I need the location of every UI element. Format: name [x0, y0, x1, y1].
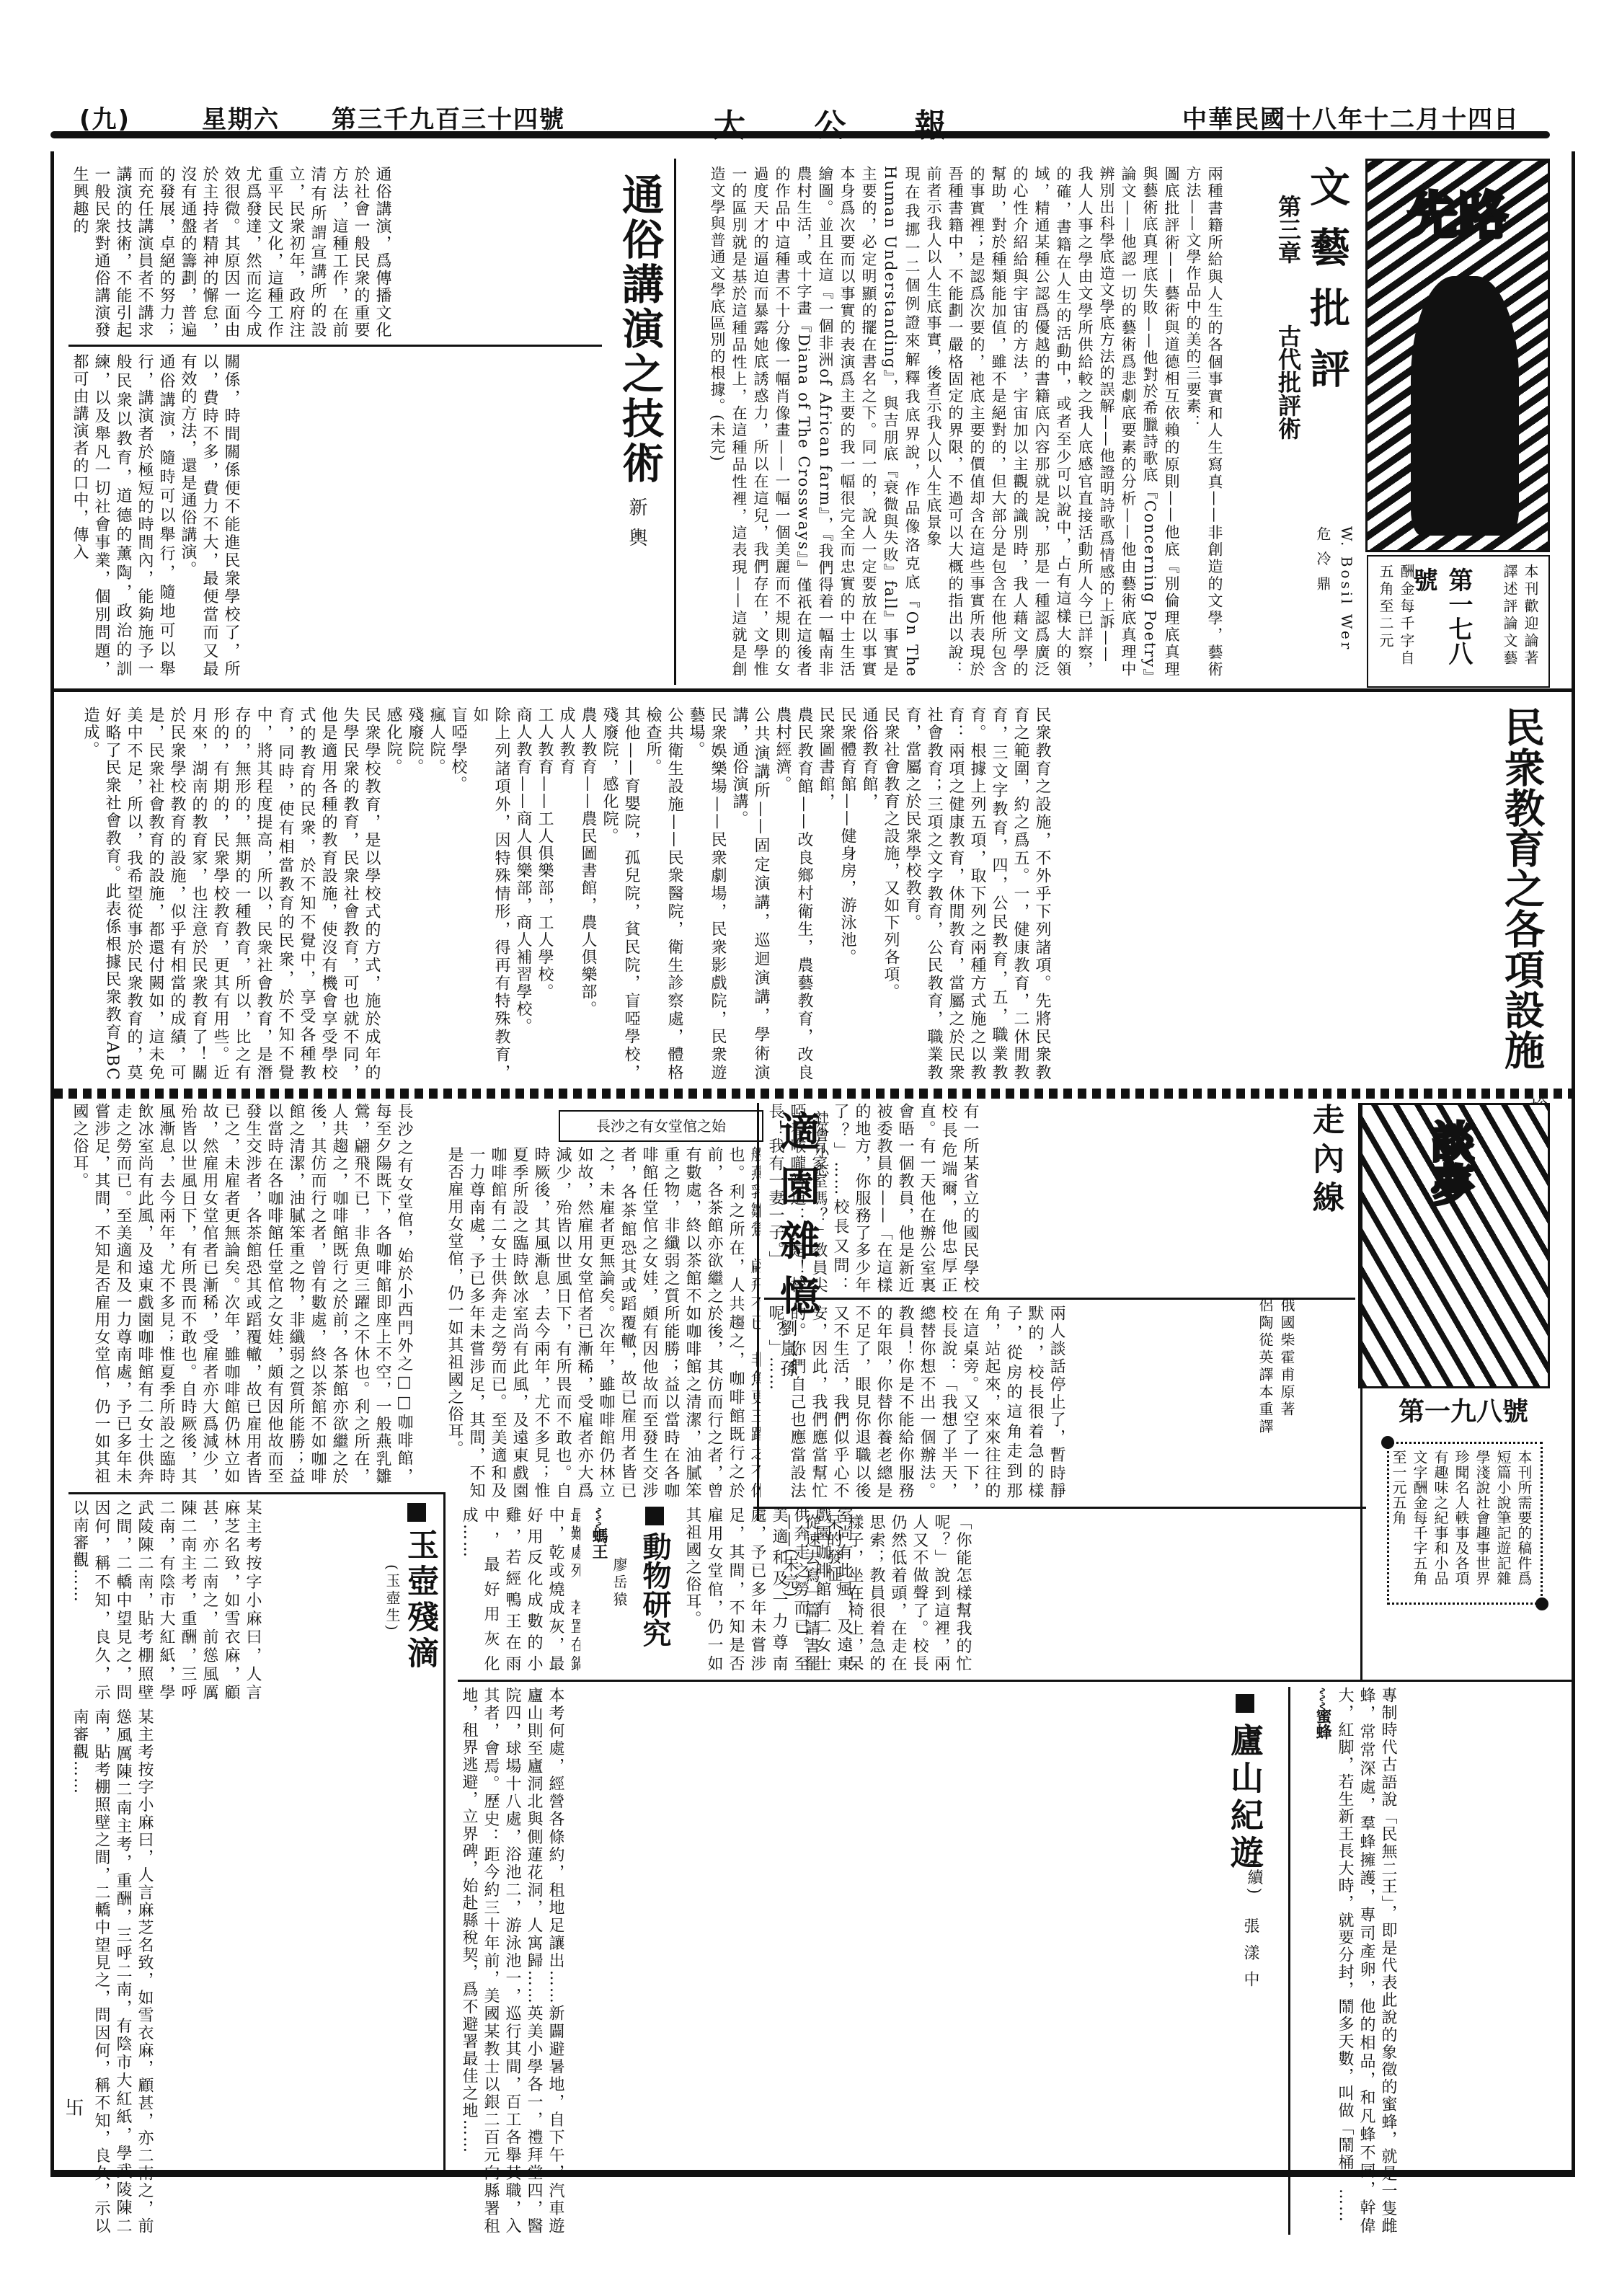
- horse-rider-illustration: [1411, 276, 1519, 536]
- lecture-body-bottom: 關係，時間關係便不能進民衆學校了，所以，費時不多，費力不大，最便當而又最有效的方…: [68, 353, 595, 678]
- original-author: W. Bosil Wer: [1338, 526, 1355, 652]
- translator: 危 冷 鼎: [1313, 526, 1334, 593]
- subhead-bee: ∿∿∿蜜蜂: [1311, 1687, 1334, 1739]
- date-line: 中華民國十八年十二月十四日: [1182, 99, 1520, 135]
- garden-memories-body: 長沙之有女堂倌，始於小西門外之□□咖啡館，每至夕陽既下，各咖啡館即座上不空，一般…: [443, 1146, 761, 1499]
- facility-item: 農民教育館——改良鄉村衛生，農藝教育，改良農村經濟。: [774, 706, 813, 1081]
- masthead: 中華民國十八年十二月十四日 大 公 報 第三千九百三十四號 星期六 (九): [29, 87, 1572, 144]
- school-item: 農人教育——農民圖書館，農人俱樂部。: [579, 706, 597, 1018]
- facility-item: 公共衛生設施——民衆醫院，衛生診察處，體格檢查所。: [644, 706, 683, 1081]
- submission-notice: 本刊所需要的稿件爲短篇小說筆記遊記雜學淺說社會趣事世界珍聞名人軼事及各項有趣味之…: [1387, 1442, 1543, 1605]
- woodcut-title: 談夢: [1418, 1120, 1480, 1206]
- facility-item: 民衆娛樂場——民衆劇場，民衆影戲院，民衆遊藝場。: [687, 706, 727, 1081]
- animal-body-1: 生在水中，着人肉上，專吮血汁，着人最難處死，若置在鍋中，乾或燒成灰，最好用反化成…: [458, 1507, 580, 1672]
- notice-text: 本刊歡迎論著譯述評論文藝: [1499, 564, 1541, 679]
- newspaper-page: 中華民國十八年十二月十四日 大 公 報 第三千九百三十四號 星期六 (九) 先路…: [29, 87, 1572, 2191]
- swastika-ornament-icon: 卐: [60, 2098, 87, 2119]
- paragraph: 長沙之有女堂倌，始於小西門外之□□咖啡館，每至夕陽既下，各咖啡館即座上不空，一般…: [681, 1507, 854, 1672]
- caption-box: 長沙之有女堂倌之始: [559, 1110, 763, 1142]
- facility-item: 公共演講所——固定演講，巡迴演講，學術演講，通俗演講。: [730, 706, 770, 1081]
- page-frame: 先路 本刊歡迎論著譯述評論文藝 第一七八號 酬金每千字自五角至二元 文藝批評 第…: [50, 151, 1575, 2177]
- column-divider: [674, 159, 676, 685]
- column-divider: [443, 1492, 446, 2177]
- inner-line-body-3: 「你能怎樣幫我的忙呢？」說到這裡，兩人又不做聲了。校長仍然低着頭，在走在思索；教…: [779, 1514, 1355, 1672]
- paragraph: 關係，時間關係便不能進民衆學校了，所以，費時不多，費力不大，最便當而又最有效的方…: [179, 353, 240, 678]
- lecture-body-top: 通俗講演，爲傳播文化於社會一般民衆的重要方法，這種工作，在前清有所謂宣講所的設立…: [68, 166, 595, 339]
- chapter-label: 第三章: [1272, 195, 1305, 264]
- paragraph: 某主考按字小麻曰，人言麻芝名致，如雪衣麻，顧甚，亦二南之，前慫風厲陳二南主考，重…: [68, 1708, 155, 2235]
- intro: 民衆教育之設施，不外乎下列諸項。先將民衆教育之範圍，約之爲五。一，健康教育，二休…: [903, 706, 1051, 1081]
- issue-number-badge: 第一九八號: [1399, 1391, 1528, 1428]
- sub-label: 社會小志: [811, 1110, 832, 1179]
- column-divider: [757, 1103, 759, 1521]
- section-title-popular-lecture: 通俗講演之技術: [609, 173, 670, 486]
- coffee-house-body: 長沙之有女堂倌，始於小西門外之□□咖啡館，每至夕陽既下，各咖啡館即座上不空，一般…: [68, 1103, 436, 1485]
- chapter-title: 古代批評術: [1272, 324, 1305, 440]
- school-item: 殘廢院。: [406, 706, 424, 776]
- literary-criticism-body: 兩種書籍所給與人生的各個事實和人生寫真——非創造的文學，藝術方法——文學作品中的…: [706, 166, 1269, 678]
- school-item: 商人教育——商人俱樂部，商人補習學校。: [514, 706, 532, 1035]
- notice-text: 本刊所需要的稿件爲短篇小說筆記遊記雜學淺說社會趣事世界珍聞名人軼事及各項有趣味之…: [1388, 1450, 1535, 1594]
- paragraph: 本考何處，經營各條約，租地足讓出……新闢避暑地，自下午，汽車遊廬山則至廬洞北與側…: [458, 1687, 566, 2235]
- horizontal-rule-top: [54, 688, 1572, 692]
- wave-ornament-icon: ∿∿∿: [593, 1507, 604, 1528]
- paragraph: 某主考按字小麻曰，人言麻芝名致，如雪衣麻，顧甚，亦二南之，前慫風厲陳二南主考，重…: [68, 1499, 263, 1701]
- facilities-heading: 民衆社會教育之設施，又如下列各項。: [882, 706, 900, 1001]
- school-item: 工人教育——工人俱樂部，工人學校。: [536, 706, 554, 1001]
- issue-number: 第三千九百三十四號: [332, 99, 565, 135]
- section-title-literary-criticism: 文藝批評: [1298, 166, 1355, 408]
- section-title-inner-line: 走內線: [1302, 1103, 1348, 1220]
- inner-line-body-1: 有一所某省立的國民學校校長危端爾，他忠厚正直。有一天他在辦公室裏會晤一個教員，他…: [764, 1103, 1247, 1294]
- jade-pot-body: 某主考按字小麻曰，人言麻芝名致，如雪衣麻，顧甚，亦二南之，前慫風厲陳二南主考，重…: [68, 1499, 378, 1701]
- wave-ornament-icon: ∿∿∿: [1316, 1687, 1328, 1708]
- woodcut-pioneer: 先路: [1365, 159, 1550, 552]
- jade-pot-author: (玉壺生): [382, 1564, 403, 1634]
- school-item: 感化院。: [384, 706, 402, 776]
- paragraph: 現在我挪一二個例證來解釋我底界說，作品像洛克底『On The Human Und…: [709, 166, 921, 678]
- paper-name: 大 公 報: [714, 99, 975, 146]
- column-divider: [1360, 1103, 1362, 1680]
- school-item: 除上列諸項外，因特殊情形，得再有特殊教育，如: [471, 706, 510, 1081]
- facility-item: 民衆體育館——健身房，游泳池。: [838, 706, 856, 966]
- section-marker-icon: [645, 1507, 664, 1525]
- school-item: 瘋人院。: [427, 706, 446, 776]
- paragraph: 通俗講演，爲傳播文化於社會一般民衆的重要方法，這種工作，在前清有所謂宣講所的設立…: [68, 166, 393, 339]
- facility-item: 通俗教育館，: [860, 706, 878, 810]
- paragraph: 通俗講演，隨時可以舉行，隨地可以舉行，講演者於極短的時間內，能夠施予一般民衆以教…: [71, 353, 175, 678]
- garden-author: 劉嵐孫: [775, 1319, 800, 1380]
- paragraph: 專制時代古語說「民無二王」，即是代表此說的象徵的蜜蜂，就是一隻雌蜂，常常深處，羣…: [1334, 1687, 1399, 2235]
- divider: [458, 1680, 1575, 1682]
- facility-item: 民衆圖書館，: [817, 706, 835, 810]
- paragraph: 長沙之有女堂倌，始於小西門外之□□咖啡館，每至夕陽既下，各咖啡館即座上不空，一般…: [68, 1103, 415, 1485]
- paragraph: 兩人談話停止了，暫時靜默的，校長很着急的樣子，從房的這角走到那角，站起來，來來往…: [764, 1305, 1067, 1499]
- jade-pot-continuation: 某主考按字小麻曰，人言麻芝名致，如雪衣麻，顧甚，亦二南之，前慫風厲陳二南主考，重…: [68, 1708, 436, 2235]
- lecture-author: 新 輿: [624, 497, 650, 549]
- original-author: 俄國柴霍甫原著: [1277, 1298, 1298, 1419]
- bee-body: 專制時代古語說「民無二王」，即是代表此說的象徵的蜜蜂，就是一隻雌蜂，常常深處，羣…: [1334, 1687, 1550, 2235]
- subhead-leech: ∿∿∿螞王: [588, 1507, 610, 1559]
- paragraph: 圖底批評術——藝術與道德相互依賴的原則——他底『別倫理底真理與藝術底真理底失敗—…: [1098, 166, 1180, 678]
- page-number: (九): [79, 99, 130, 135]
- school-item: 盲啞學校。: [449, 706, 467, 793]
- coffee-tail: 長沙之有女堂倌，始於小西門外之□□咖啡館，每至夕陽既下，各咖啡館即座上不空，一般…: [681, 1507, 854, 1672]
- section-title-mass-education: 民衆教育之各項設施: [1492, 706, 1550, 1070]
- diamond-rule: [54, 1089, 1572, 1099]
- conclusion: 民衆學校教育，是以學校式的方式，施於成年的失學民衆的教育，民衆社會教育，可也就不…: [81, 706, 381, 1081]
- weekday: 星期六: [202, 99, 280, 135]
- section-title-animal-study: 動物研究: [634, 1532, 675, 1647]
- school-item: 成人教育: [557, 706, 575, 776]
- divider: [68, 345, 602, 347]
- masthead-rule: [50, 131, 1550, 138]
- inner-line-body-2: 兩人談話停止了，暫時靜默的，校長很着急的樣子，從房的這角走到那角，站起來，來來往…: [764, 1305, 1247, 1499]
- animal-author: 廖岳猿: [609, 1557, 630, 1609]
- paragraph: 生在水中，着人肉上，專吮血汁，着人最難處死，若置在鍋中，乾或燒成灰，最好用反化成…: [458, 1507, 580, 1672]
- woodcut-title: 先路: [1382, 175, 1533, 248]
- divider: [68, 1492, 443, 1494]
- facility-item: 其他——育嬰院，孤兒院，貧民院，盲啞學校，殘廢院，感化院。: [601, 706, 640, 1081]
- paragraph: 長沙之有女堂倌，始於小西門外之□□咖啡館，每至夕陽既下，各咖啡館即座上不空，一般…: [443, 1146, 761, 1499]
- section-title-jade-pot: 玉壺殘滴: [396, 1528, 443, 1672]
- lushan-body: 本考何處，經營各條約，租地足讓出……新闢避暑地，自下午，汽車遊廬山則至廬洞北與側…: [458, 1687, 1272, 2235]
- divider: [764, 1298, 1355, 1300]
- translator: 侶陶從英譯本重譯: [1255, 1298, 1276, 1436]
- section-marker-icon: [407, 1503, 426, 1522]
- fee-text: 酬金每千字自五角至二元: [1375, 564, 1417, 679]
- column-notice: 本刊歡迎論著譯述評論文藝 第一七八號 酬金每千字自五角至二元: [1367, 555, 1550, 688]
- woodcut-dream: 談夢: [1358, 1103, 1550, 1388]
- column-divider: [1288, 1687, 1290, 2235]
- mass-education-body: 民衆教育之設施，不外乎下列諸項。先將民衆教育之範圍，約之爲五。一，健康教育，二休…: [79, 706, 1492, 1081]
- paragraph: 兩種書籍所給與人生的各個事實和人生寫真——非創造的文學，藝術方法——文學作品中的…: [1184, 166, 1223, 678]
- paragraph: 我人人事之學由文學所供給較之我人底感官直接活動所人今已詳察，的確，書籍在人生的活…: [925, 166, 1094, 678]
